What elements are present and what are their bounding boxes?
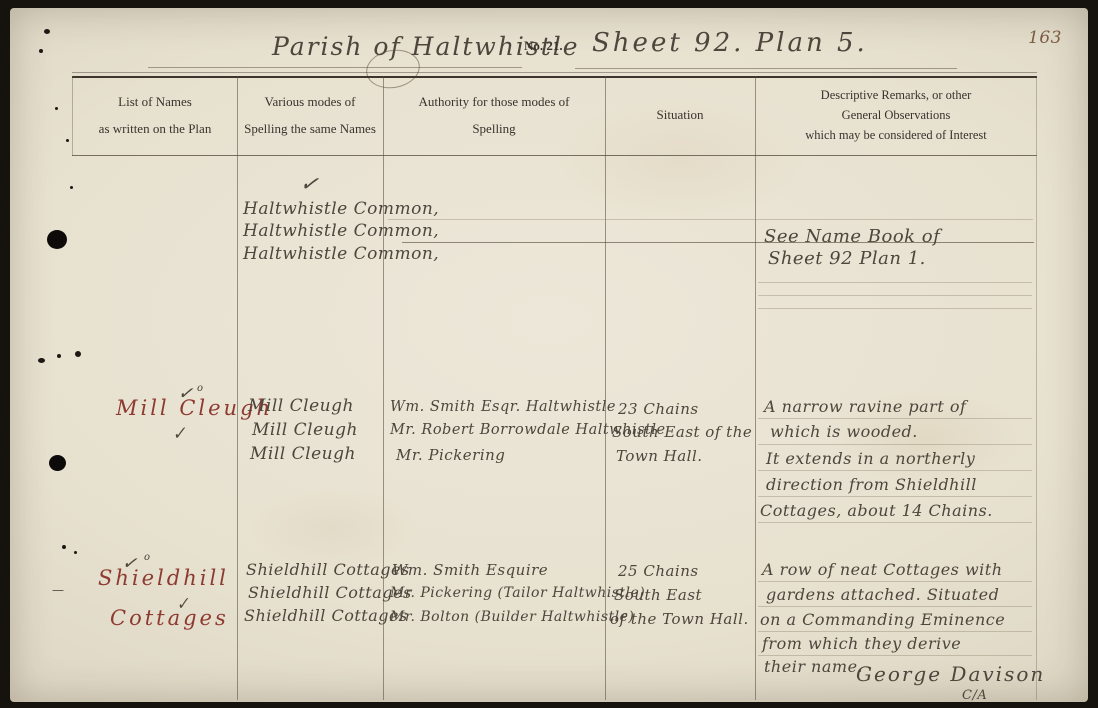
- circle-mark: o: [144, 552, 150, 563]
- remark-line: their name.: [764, 657, 863, 676]
- spelling-entry: Haltwhistle Common,: [243, 199, 439, 219]
- header-remarks-line2: General Observations: [759, 108, 1033, 123]
- paper-speck: [66, 139, 69, 142]
- situation-line: 23 Chains: [618, 400, 699, 418]
- ruled-line: [758, 581, 1032, 582]
- column-divider: [605, 76, 606, 700]
- circle-mark: o: [197, 383, 203, 394]
- checkmark: ✓: [298, 171, 320, 198]
- paper-speck: [38, 358, 45, 363]
- paper-speck: [75, 351, 81, 357]
- paper-speck: [70, 186, 73, 189]
- folio-number: 163: [1028, 28, 1062, 48]
- spelling-entry: Shieldhill Cottages: [244, 606, 408, 625]
- remark-line: A row of neat Cottages with: [762, 560, 1003, 579]
- authority-entry: Mr. Bolton (Builder Haltwhistle): [390, 609, 634, 625]
- column-divider: [237, 76, 238, 700]
- remark-line: A narrow ravine part of: [764, 397, 966, 416]
- ruled-line: [758, 470, 1032, 471]
- situation-line: South East of the: [612, 423, 752, 441]
- header-rule-thick: [72, 76, 1037, 78]
- authority-entry: Mr. Pickering: [396, 446, 505, 464]
- sheet-underline: [575, 68, 957, 69]
- remark-line: direction from Shieldhill: [766, 475, 977, 494]
- authority-entry: Wm. Smith Esquire: [392, 561, 548, 579]
- spelling-entry: Haltwhistle Common,: [243, 244, 439, 264]
- situation-line: 25 Chains: [618, 562, 699, 580]
- header-situation: Situation: [609, 107, 751, 123]
- remark-line: It extends in a northerly: [766, 449, 975, 468]
- ruled-line: [758, 606, 1032, 607]
- header-names-line2: as written on the Plan: [77, 121, 233, 137]
- ruled-line: [758, 418, 1032, 419]
- situation-line: of the Town Hall.: [610, 610, 749, 628]
- remark-line: which is wooded.: [770, 422, 918, 441]
- remark-line: Cottages, about 14 Chains.: [760, 501, 993, 520]
- remark-line: Sheet 92 Plan 1.: [768, 248, 926, 269]
- spelling-entry: Shieldhill Cottages: [248, 583, 412, 602]
- header-authority-line1: Authority for those modes of: [387, 94, 601, 110]
- header-spelling-line1: Various modes of: [241, 94, 379, 110]
- column-divider: [1036, 76, 1037, 700]
- remark-line: See Name Book of: [764, 226, 940, 247]
- checkmark: ✓: [171, 423, 188, 445]
- header-remarks-line1: Descriptive Remarks, or other: [759, 88, 1033, 103]
- binding-hole: [49, 455, 66, 471]
- ruled-line: [758, 308, 1032, 309]
- ruled-line: [758, 282, 1032, 283]
- paper-speck: [57, 354, 61, 358]
- spelling-entry: Mill Cleugh: [252, 420, 358, 440]
- ruled-line: [758, 631, 1032, 632]
- plan-name: Shieldhill: [98, 566, 229, 590]
- parish-underline: [148, 67, 522, 68]
- plan-name: Cottages: [110, 606, 229, 630]
- paper-speck: [55, 107, 58, 110]
- ruled-line: [388, 219, 1033, 220]
- header-bottom-rule: [72, 155, 1037, 156]
- header-names-line1: List of Names: [77, 94, 233, 110]
- column-divider: [72, 76, 73, 156]
- header-remarks-line3: which may be considered of Interest: [759, 128, 1033, 143]
- sheet-title: Sheet 92. Plan 5.: [592, 28, 868, 58]
- header-rule-thin: [72, 72, 1037, 73]
- remark-line: gardens attached. Situated: [766, 585, 999, 604]
- surveyor-signature: George Davison: [856, 662, 1045, 686]
- spelling-entry: Haltwhistle Common,: [243, 221, 439, 241]
- paper-speck: [74, 551, 77, 554]
- situation-line: South East: [614, 586, 702, 604]
- column-divider: [755, 76, 756, 700]
- ruled-line: [758, 496, 1032, 497]
- spelling-entry: Mill Cleugh: [250, 444, 356, 464]
- scanned-name-book-page: { "page": { "folio_number": "163", "pari…: [0, 0, 1098, 708]
- spelling-entry: Shieldhill Cottages: [246, 560, 410, 579]
- header-spelling-line2: Spelling the same Names: [241, 121, 379, 137]
- dash-mark: —: [52, 583, 64, 597]
- ruled-line: [758, 444, 1032, 445]
- spelling-entry: Mill Cleugh: [248, 396, 354, 416]
- binding-hole: [47, 230, 67, 249]
- situation-line: Town Hall.: [616, 447, 703, 465]
- paper-speck: [44, 29, 50, 34]
- authority-entry: Wm. Smith Esqr. Haltwhistle: [390, 399, 616, 415]
- number-label: No. 21.: [524, 38, 563, 54]
- authority-entry: Mr. Pickering (Tailor Haltwhistle): [390, 585, 645, 601]
- remark-line: from which they derive: [762, 634, 961, 653]
- paper-speck: [62, 545, 66, 549]
- remark-line: on a Commanding Eminence: [760, 610, 1005, 629]
- header-authority-line2: Spelling: [387, 121, 601, 137]
- ruled-line: [758, 522, 1032, 523]
- surveyor-title: C/A: [962, 688, 987, 703]
- ruled-line: [758, 655, 1032, 656]
- paper-speck: [39, 49, 43, 53]
- ruled-line: [758, 295, 1032, 296]
